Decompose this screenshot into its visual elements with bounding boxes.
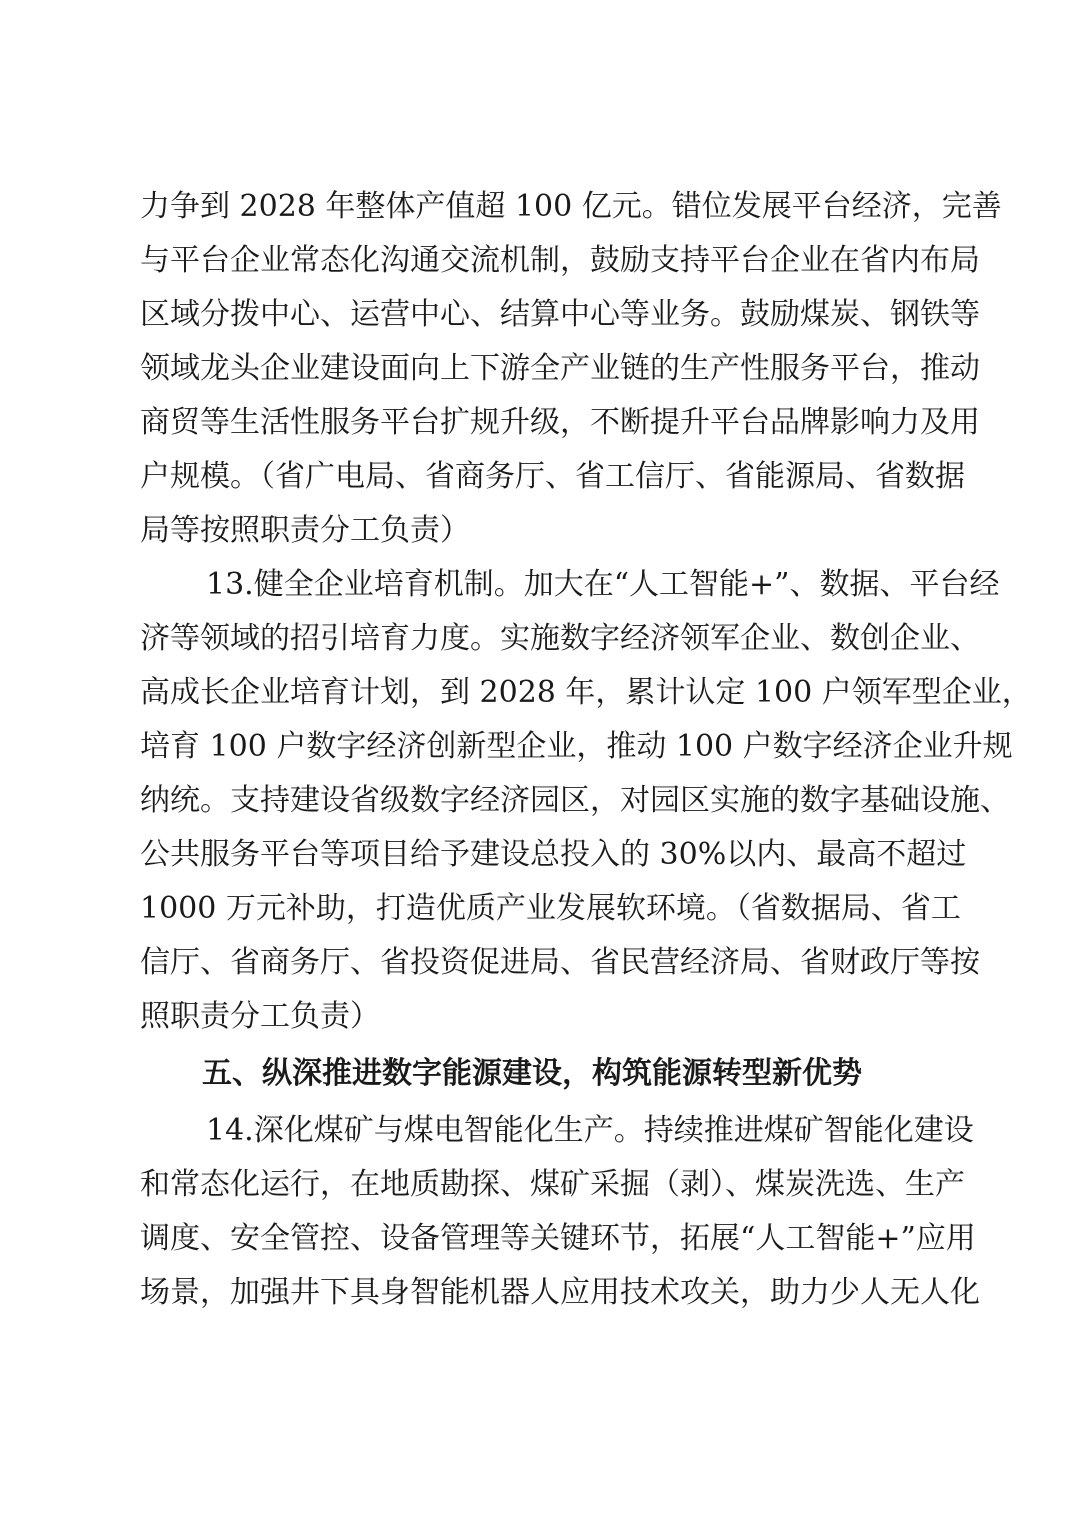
text-line: 领域龙头企业建设面向上下游全产业链的生产性服务平台，推动 [140, 342, 940, 396]
text-line: 信厅、省商务厅、省投资促进局、省民营经济局、省财政厅等按 [140, 936, 940, 990]
paragraph-item-14: 14.深化煤矿与煤电智能化生产。持续推进煤矿智能化建设 和常态化运行，在地质勘探… [140, 1104, 940, 1320]
text-line: 和常态化运行，在地质勘探、煤矿采掘（剥）、煤炭洗选、生产 [140, 1158, 940, 1212]
text-line: 户规模。（省广电局、省商务厅、省工信厅、省能源局、省数据 [140, 450, 940, 504]
text-line: 调度、安全管控、设备管理等关键环节，拓展“人工智能+”应用 [140, 1212, 940, 1266]
text-line: 区域分拨中心、运营中心、结算中心等业务。鼓励煤炭、钢铁等 [140, 288, 940, 342]
text-line: 与平台企业常态化沟通交流机制，鼓励支持平台企业在省内布局 [140, 234, 940, 288]
text-line: 照职责分工负责） [140, 990, 940, 1044]
text-line: 公共服务平台等项目给予建设总投入的 30%以内、最高不超过 [140, 828, 940, 882]
text-line: 14.深化煤矿与煤电智能化生产。持续推进煤矿智能化建设 [140, 1104, 940, 1158]
text-line: 1000 万元补助，打造优质产业发展软环境。（省数据局、省工 [140, 882, 940, 936]
text-line: 13.健全企业培育机制。加大在“人工智能+”、数据、平台经 [140, 558, 940, 612]
paragraph-item-13: 13.健全企业培育机制。加大在“人工智能+”、数据、平台经 济等领域的招引培育力… [140, 558, 940, 1044]
text-line: 纳统。支持建设省级数字经济园区，对园区实施的数字基础设施、 [140, 774, 940, 828]
text-line: 局等按照职责分工负责） [140, 504, 940, 558]
text-line: 场景，加强井下具身智能机器人应用技术攻关，助力少人无人化 [140, 1266, 940, 1320]
text-line: 培育 100 户数字经济创新型企业，推动 100 户数字经济企业升规 [140, 720, 940, 774]
text-line: 力争到 2028 年整体产值超 100 亿元。错位发展平台经济，完善 [140, 180, 940, 234]
section-heading-five: 五、纵深推进数字能源建设，构筑能源转型新优势 [140, 1044, 940, 1104]
document-page: 力争到 2028 年整体产值超 100 亿元。错位发展平台经济，完善 与平台企业… [140, 180, 940, 1320]
text-line: 商贸等生活性服务平台扩规升级，不断提升平台品牌影响力及用 [140, 396, 940, 450]
text-line: 济等领域的招引培育力度。实施数字经济领军企业、数创企业、 [140, 612, 940, 666]
text-line: 高成长企业培育计划，到 2028 年，累计认定 100 户领军型企业， [140, 666, 940, 720]
paragraph-platform-economy: 力争到 2028 年整体产值超 100 亿元。错位发展平台经济，完善 与平台企业… [140, 180, 940, 558]
